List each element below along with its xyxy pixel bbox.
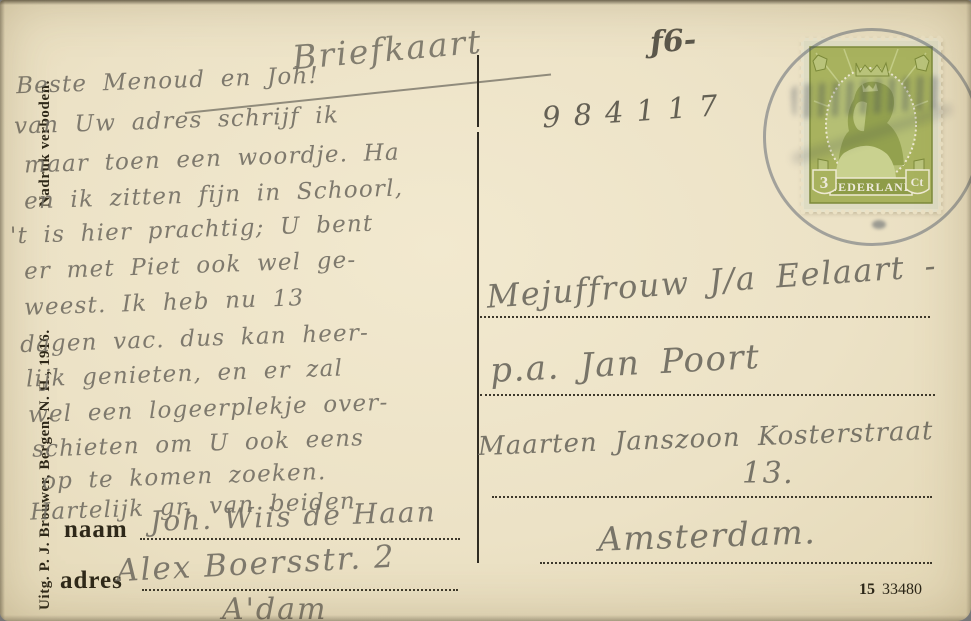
message-line: maar toen een woordje. Ha: [24, 139, 401, 178]
recipient-name-line: Mejuffrouw J/a Eelaart -: [485, 246, 938, 315]
address-dotted-line: [492, 496, 932, 498]
message-line: op te komen zoeken.: [42, 459, 327, 495]
divider-line-segment: [477, 55, 479, 127]
message-line: wel een logeerplekje over-: [28, 390, 389, 429]
recipient-city-line: Amsterdam.: [597, 512, 816, 559]
serial-number-plain: 33480: [882, 581, 922, 598]
address-dotted-line: [480, 316, 930, 318]
message-line: lijk genieten, en er zal: [26, 355, 344, 392]
message-line: dagen vac. dus kan heer-: [20, 320, 370, 358]
postmark-circle-icon: [763, 28, 971, 246]
address-dotted-line: [142, 589, 458, 591]
name-dotted-line: [140, 538, 460, 540]
serial-number: 1533480: [859, 581, 922, 599]
address-dotted-line: [540, 562, 932, 564]
address-dotted-line: [480, 394, 935, 396]
message-line: en ik zitten fijn in Schoorl,: [24, 175, 404, 214]
serial-number-bold: 15: [859, 581, 875, 598]
address-label: adres: [60, 567, 123, 595]
message-line: 't is hier prachtig; U bent: [10, 211, 374, 250]
dealer-number: 984117: [541, 87, 732, 134]
sender-address-handwriting: Alex Boersstr. 2: [115, 539, 396, 590]
postcard: Uitg. P. J. Brouwer, Bergen, N. H., 1916…: [0, 0, 971, 621]
message-line: er met Piet ook wel ge-: [24, 247, 357, 285]
message-line: schieten om U ook eens: [32, 425, 365, 463]
name-label: naam: [64, 516, 128, 544]
briefkaart-annotation: Briefkaart: [291, 22, 484, 77]
dealer-price: ƒ6-: [649, 22, 698, 60]
message-line: van Uw adres schrijf ik: [14, 102, 340, 139]
divider-line-segment: [477, 132, 479, 563]
message-line: Beste Menoud en Joh!: [16, 63, 320, 100]
message-line: weest. Ik heb nu 13: [24, 285, 305, 321]
recipient-careof-line: p.a. Jan Poort: [489, 337, 761, 391]
recipient-house-number: 13.: [742, 456, 794, 491]
recipient-street-line: Maarten Janszoon Kosterstraat: [478, 416, 934, 462]
sender-city-handwriting: A'dam: [222, 592, 327, 621]
